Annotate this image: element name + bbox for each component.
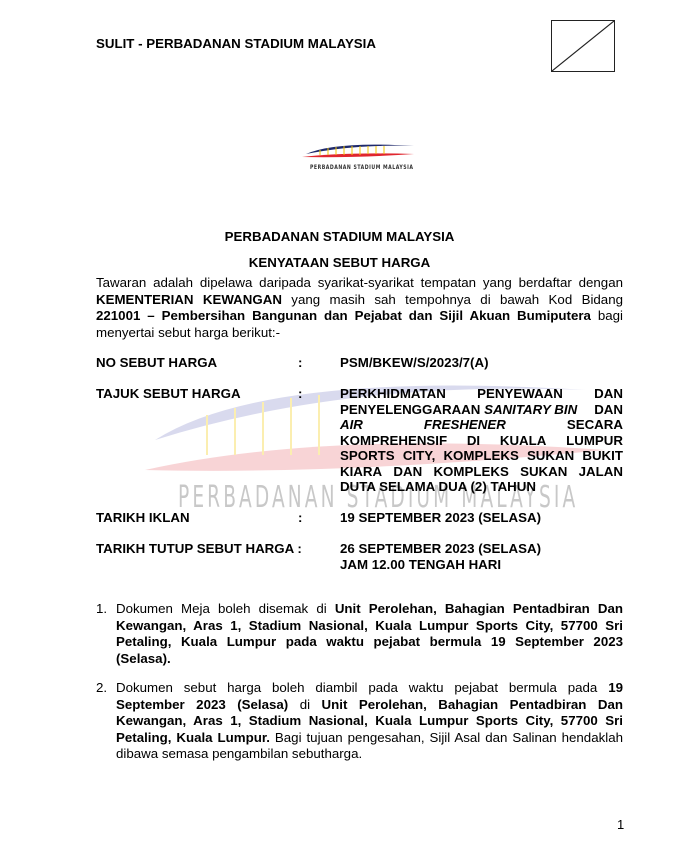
document-title: KENYATAAN SEBUT HARGA xyxy=(0,255,679,270)
tarikh-iklan-label: TARIKH IKLAN xyxy=(96,510,190,525)
tajuk-line: KOMPREHENSIF DI KUALA LUMPUR xyxy=(340,433,623,449)
tarikh-tutup-time: JAM 12.00 TENGAH HARI xyxy=(340,557,623,573)
list-item: 2. Dokumen sebut harga boleh diambil pad… xyxy=(96,680,623,763)
intro-line-1: Tawaran adalah dipelawa daripada syarika… xyxy=(96,275,623,292)
list-item: 1. Dokumen Meja boleh disemak di Unit Pe… xyxy=(96,601,623,667)
page-number: 1 xyxy=(617,817,624,832)
logo-text: PERBADANAN STADIUM MALAYSIA xyxy=(310,164,414,171)
tajuk-line: PERKHIDMATAN PENYEWAAN DAN xyxy=(340,386,623,402)
organization-title: PERBADANAN STADIUM MALAYSIA xyxy=(0,229,679,244)
diagonal-line-icon xyxy=(552,21,614,71)
tarikh-iklan-colon: : xyxy=(298,510,302,525)
tarikh-iklan-value: 19 SEPTEMBER 2023 (SELASA) xyxy=(340,510,623,526)
no-sebut-harga-value: PSM/BKEW/S/2023/7(A) xyxy=(340,355,623,371)
stamp-box xyxy=(551,20,615,72)
tajuk-line: SPORTS CITY, KOMPLEKS SUKAN BUKIT xyxy=(340,448,623,464)
psm-logo: PERBADANAN STADIUM MALAYSIA xyxy=(296,138,424,178)
list-number: 2. xyxy=(96,680,116,763)
tarikh-tutup-date: 26 SEPTEMBER 2023 (SELASA) xyxy=(340,541,623,557)
stadium-arc-icon xyxy=(296,138,424,164)
classification-header: SULIT - PERBADANAN STADIUM MALAYSIA xyxy=(96,36,376,51)
tajuk-label: TAJUK SEBUT HARGA xyxy=(96,386,241,401)
no-sebut-harga-colon: : xyxy=(298,355,302,370)
ministry-name: KEMENTERIAN KEWANGAN xyxy=(96,292,282,307)
intro-line-2: yang masih sah tempohnya di bawah Kod Bi… xyxy=(291,292,623,307)
tajuk-value: PERKHIDMATAN PENYEWAAN DAN PENYELENGGARA… xyxy=(340,386,623,495)
tajuk-line: KIARA DAN KOMPLEKS SUKAN JALAN xyxy=(340,464,623,480)
tajuk-colon: : xyxy=(298,386,302,401)
field-code: 221001 – Pembersihan Bangunan dan Pejaba… xyxy=(96,308,591,323)
list-number: 1. xyxy=(96,601,116,667)
tarikh-tutup-label: TARIKH TUTUP SEBUT HARGA : xyxy=(96,541,302,556)
list-body: Dokumen sebut harga boleh diambil pada w… xyxy=(116,680,623,763)
tajuk-line: AIR FRESHENER SECARA xyxy=(340,417,623,433)
tajuk-line: DUTA SELAMA DUA (2) TAHUN xyxy=(340,479,623,495)
intro-paragraph: Tawaran adalah dipelawa daripada syarika… xyxy=(96,275,623,342)
tarikh-tutup-value: 26 SEPTEMBER 2023 (SELASA) JAM 12.00 TEN… xyxy=(340,541,623,572)
intro-line-4: menyertai sebut harga berikut:- xyxy=(96,325,623,342)
tajuk-line: PENYELENGGARAAN SANITARY BIN DAN xyxy=(340,402,623,418)
no-sebut-harga-label: NO SEBUT HARGA xyxy=(96,355,217,370)
list-body: Dokumen Meja boleh disemak di Unit Perol… xyxy=(116,601,623,667)
intro-line-3: bagi xyxy=(598,308,623,323)
